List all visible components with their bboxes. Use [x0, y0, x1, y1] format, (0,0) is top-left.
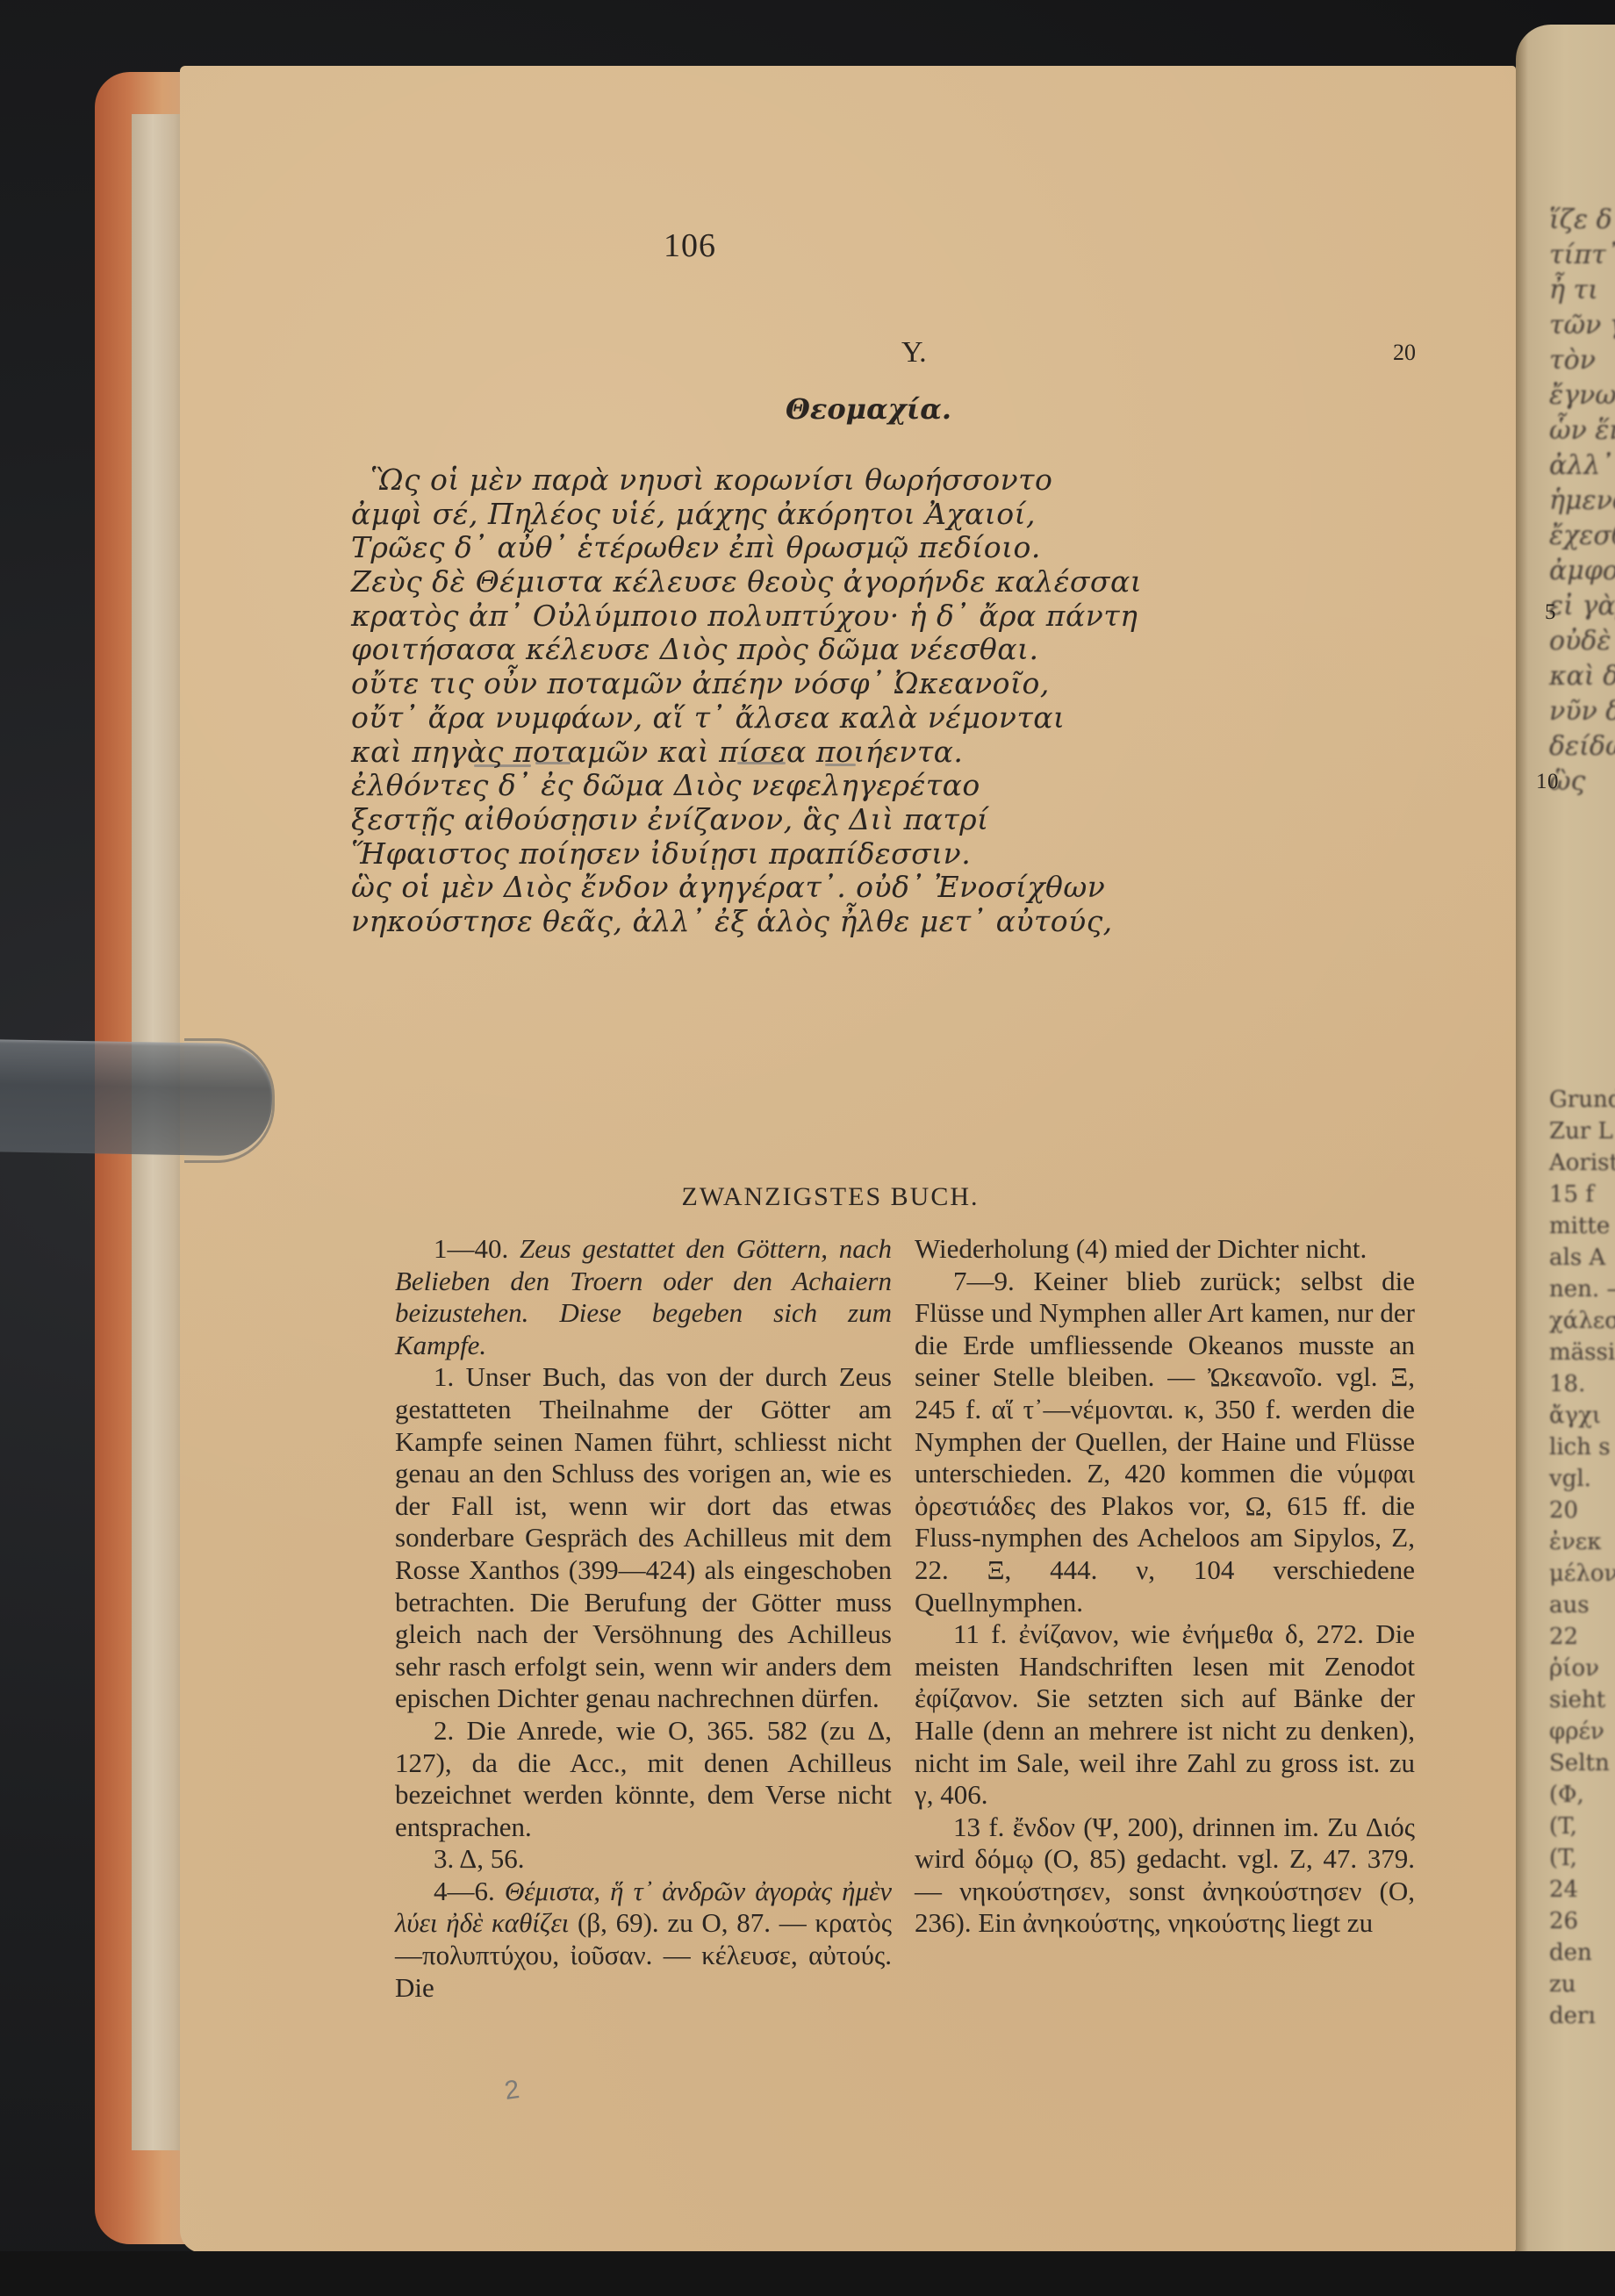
commentary-note: 1—40. Zeus gestattet den Göttern, nach B… [395, 1233, 892, 1361]
facing-note-fragment: 22 [1549, 1624, 1578, 1650]
facing-note-fragment: 20 [1549, 1497, 1578, 1524]
note-line-ref: 3. [434, 1843, 459, 1874]
background-bottom [0, 2251, 1615, 2296]
facing-verse-fragment: καὶ δ [1549, 661, 1615, 692]
facing-verse-fragment: νῦν δ [1549, 696, 1615, 727]
facing-note-fragment: φρέν [1549, 1718, 1604, 1745]
verse-text: ξεστῇς αἰθούσῃσιν ἐνίζανον, ἃς Διὶ πατρί [351, 802, 989, 836]
verse-text: Ζεὺς δὲ Θέμιστα κέλευσε θεοὺς ἀγορήνδε κ… [351, 564, 1142, 599]
verse-text: φοιτήσασα κέλευσε Διὸς πρὸς δῶμα νέεσθαι… [351, 632, 1038, 666]
margin-number: 20 [1393, 340, 1416, 366]
facing-note-fragment: als A [1549, 1245, 1605, 1271]
commentary-note: Wiederholung (4) mied der Dichter nicht. [915, 1233, 1415, 1266]
facing-verse-fragment: τίπτ᾽ [1549, 240, 1615, 270]
facing-note-fragment: aus [1549, 1592, 1590, 1618]
verse-line: νηκούστησε θεᾶς, ἀλλ᾽ ἐξ ἁλὸς ἦλθε μετ᾽ … [351, 904, 1510, 938]
facing-note-fragment: 26 [1549, 1908, 1578, 1934]
verse-text: ὣς οἱ μὲν Διὸς ἔνδον ἀγηγέρατ᾽. οὐδ᾽ Ἐνο… [351, 870, 1105, 904]
facing-note-fragment: Seltn [1549, 1750, 1610, 1776]
facing-verse-fragment: ἡμενο [1549, 485, 1615, 516]
facing-note-fragment: ἐνεκ [1549, 1529, 1601, 1555]
facing-note-fragment: (T, [1549, 1845, 1577, 1871]
page-number: 106 [22, 226, 1358, 265]
facing-note-fragment: mässi [1549, 1339, 1615, 1366]
facing-note-fragment: lich s [1549, 1434, 1611, 1460]
facing-note-fragment: derı [1549, 2003, 1596, 2029]
book-letter: Y. [901, 336, 927, 370]
facing-note-fragment: sieht [1549, 1687, 1605, 1713]
note-line-ref: 1—40. [434, 1233, 520, 1264]
note-text: Keiner blieb zurück; selbst die Flüsse u… [915, 1266, 1415, 1618]
verse-text: Ὣς οἱ μὲν παρὰ νηυσὶ κορωνίσι θωρήσσοντο [370, 463, 1052, 497]
verse-text: Τρῶες δ᾽ αὖθ᾽ ἑτέρωθεν ἐπὶ θρωσμῷ πεδίοι… [351, 530, 1041, 564]
facing-note-fragment: den [1549, 1940, 1592, 1966]
note-line-ref: 11 f. [953, 1618, 1019, 1649]
commentary-note: 13 f. ἔνδον (Ψ, 200), drinnen im. Zu Διό… [915, 1812, 1415, 1940]
facing-note-fragment: Zur L [1549, 1118, 1613, 1144]
verse-text: ἐλθόντες δ᾽ ἐς δῶμα Διὸς νεφεληγερέταο [351, 768, 980, 802]
facing-verse-fragment: οὐδὲ [1549, 626, 1611, 657]
book-page: 106 Y. 20 Θεομαχία. Ὣς οἱ μὲν παρὰ νηυσὶ… [180, 66, 1516, 2253]
verse-line: φοιτήσασα κέλευσε Διὸς πρὸς δῶμα νέεσθαι… [351, 632, 1510, 666]
facing-note-fragment: 18. [1549, 1371, 1585, 1397]
verse-line: ἐλθόντες δ᾽ ἐς δῶμα Διὸς νεφεληγερέταο10 [351, 768, 1510, 802]
note-line-ref: 2. [434, 1715, 466, 1746]
verse-text: Ἥφαιστος ποίησεν ἰδυίῃσι πραπίδεσσιν. [351, 836, 971, 871]
facing-verse-fragment: τῶν γ [1549, 310, 1615, 341]
facing-verse-fragment: τὸν [1549, 345, 1596, 376]
facing-note-fragment: zu [1549, 1971, 1576, 1998]
facing-note-fragment: (T, [1549, 1813, 1577, 1840]
note-line-ref: 4—6. [434, 1876, 505, 1906]
facing-verse-fragment: δείδω, [1549, 731, 1615, 762]
facing-verse-fragment: ἵζε δ [1549, 204, 1612, 235]
verse-line: Τρῶες δ᾽ αὖθ᾽ ἑτέρωθεν ἐπὶ θρωσμῷ πεδίοι… [351, 530, 1510, 564]
note-text: Δ, 56. [459, 1843, 524, 1874]
section-heading: ZWANZIGSTES BUCH. [162, 1182, 1498, 1212]
facing-note-fragment: Aorist [1549, 1150, 1615, 1176]
verse-text: οὔτε τις οὖν ποταμῶν ἀπέην νόσφ᾽ Ὠκεανοῖ… [351, 666, 1050, 700]
verse-line: οὔτ᾽ ἄρα νυμφάων, αἵ τ᾽ ἄλσεα καλὰ νέμον… [351, 700, 1510, 735]
verse-line: οὔτε τις οὖν ποταμῶν ἀπέην νόσφ᾽ Ὠκεανοῖ… [351, 666, 1510, 700]
note-line-ref: 13 f. [953, 1812, 1013, 1842]
facing-note-fragment: χάλεσ [1549, 1308, 1615, 1334]
facing-note-fragment: 24 [1549, 1876, 1578, 1903]
facing-page-fragment: ἵζε δτίπτ᾽ἦ τιτῶν γτὸνἔγνως,ὧν ἕνἀλλ᾽ ἢἡ… [1516, 25, 1615, 2296]
commentary-note: 7—9. Keiner blieb zurück; selbst die Flü… [915, 1266, 1415, 1619]
commentary-note: 11 f. ἐνίζανον, wie ἐνήμεθα δ, 272. Die … [915, 1618, 1415, 1812]
pencil-margin-mark: 2 [503, 2075, 521, 2106]
verse-text: κρατὸς ἀπ᾽ Οὐλύμποιο πολυπτύχου· ἡ δ᾽ ἄρ… [351, 599, 1138, 633]
note-text: Unser Buch, das von der durch Zeus gesta… [395, 1361, 892, 1713]
line-number: 5 [1545, 600, 1556, 625]
facing-note-fragment: μέλον [1549, 1561, 1615, 1587]
line-number: 10 [1536, 770, 1559, 794]
note-text: Wiederholung (4) mied der Dichter nicht. [915, 1233, 1367, 1264]
commentary-note: 2. Die Anrede, wie O, 365. 582 (zu Δ, 12… [395, 1715, 892, 1843]
verse-line: κρατὸς ἀπ᾽ Οὐλύμποιο πολυπτύχου· ἡ δ᾽ ἄρ… [351, 599, 1510, 633]
facing-note-fragment: nen. — [1549, 1276, 1615, 1302]
facing-verse-fragment: ὧν ἕν [1549, 415, 1615, 446]
note-text: Die Anrede, wie O, 365. 582 (zu Δ, 127),… [395, 1715, 892, 1842]
book-title: Θεομαχία. [786, 392, 951, 426]
commentary-right-column: Wiederholung (4) mied der Dichter nicht.… [915, 1233, 1415, 1940]
commentary-note: 1. Unser Buch, das von der durch Zeus ge… [395, 1361, 892, 1715]
facing-note-fragment: mitte [1549, 1213, 1610, 1239]
facing-verse-fragment: ἔχεσθ [1549, 520, 1615, 551]
verse-text: οὔτ᾽ ἄρα νυμφάων, αἵ τ᾽ ἄλσεα καλὰ νέμον… [351, 700, 1065, 735]
bookmark-clip [0, 1039, 273, 1157]
verse-line: Ὣς οἱ μὲν παρὰ νηυσὶ κορωνίσι θωρήσσοντο [351, 463, 1510, 497]
verse-text: νηκούστησε θεᾶς, ἀλλ᾽ ἐξ ἁλὸς ἦλθε μετ᾽ … [351, 904, 1113, 938]
commentary-note: 4—6. Θέμιστα, ἥ τ᾽ ἀνδρῶν ἀγορὰς ἠμὲν λύ… [395, 1876, 892, 2004]
commentary-left-column: 1—40. Zeus gestattet den Göttern, nach B… [395, 1233, 892, 2004]
greek-verse-block: Ὣς οἱ μὲν παρὰ νηυσὶ κορωνίσι θωρήσσοντο… [351, 463, 1510, 938]
facing-note-fragment: vgl. [1549, 1466, 1591, 1492]
facing-verse-fragment: ἔγνως, [1549, 380, 1615, 411]
facing-note-fragment: 15 f [1549, 1181, 1594, 1208]
verse-line: ὣς οἱ μὲν Διὸς ἔνδον ἀγηγέρατ᾽. οὐδ᾽ Ἐνο… [351, 870, 1510, 904]
note-line-ref: 7—9. [953, 1266, 1033, 1296]
commentary-note: 3. Δ, 56. [395, 1843, 892, 1876]
verse-line: Ζεὺς δὲ Θέμιστα κέλευσε θεοὺς ἀγορήνδε κ… [351, 564, 1510, 599]
facing-note-fragment: (Φ, [1549, 1782, 1584, 1808]
verse-text: καὶ πηγὰς ποταμῶν καὶ πίσεα ποιήεντα. [351, 735, 963, 769]
verse-line: καὶ πηγὰς ποταμῶν καὶ πίσεα ποιήεντα. [351, 735, 1510, 769]
facing-note-fragment: Grund [1549, 1087, 1615, 1113]
facing-note-fragment: ἄγχι [1549, 1403, 1601, 1429]
facing-verse-fragment: ἀλλ᾽ ἢ [1549, 450, 1615, 481]
verse-line: ξεστῇς αἰθούσῃσιν ἐνίζανον, ἃς Διὶ πατρί [351, 802, 1510, 836]
facing-verse-fragment: ἀμφοτ [1549, 556, 1615, 586]
verse-text: ἀμφὶ σέ, Πηλέος υἱέ, μάχης ἀκόρητοι Ἀχαι… [351, 497, 1036, 531]
verse-line: Ἥφαιστος ποίησεν ἰδυίῃσι πραπίδεσσιν. [351, 836, 1510, 871]
facing-note-fragment: ῥίον [1549, 1655, 1599, 1682]
verse-line: ἀμφὶ σέ, Πηλέος υἱέ, μάχης ἀκόρητοι Ἀχαι… [351, 497, 1510, 531]
facing-verse-fragment: ἦ τι [1549, 275, 1598, 305]
facing-verse-fragment: εἰ γὰρ [1549, 591, 1615, 621]
note-line-ref: 1. [434, 1361, 466, 1392]
